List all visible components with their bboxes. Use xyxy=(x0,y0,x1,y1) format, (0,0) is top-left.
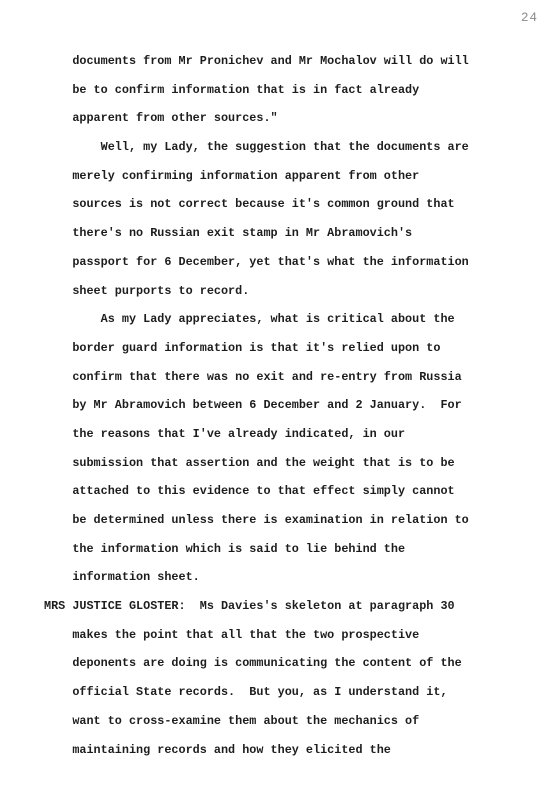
transcript-line: passport for 6 December, yet that's what… xyxy=(44,248,524,277)
transcript-line: documents from Mr Pronichev and Mr Mocha… xyxy=(44,47,524,76)
transcript-line: merely confirming information apparent f… xyxy=(44,162,524,191)
transcript-line: be determined unless there is examinatio… xyxy=(44,506,524,535)
transcript-line: maintaining records and how they elicite… xyxy=(44,736,524,765)
page-number: 24 xyxy=(521,11,538,25)
transcript-line: sheet purports to record. xyxy=(44,277,524,306)
transcript-line: by Mr Abramovich between 6 December and … xyxy=(44,391,524,420)
transcript-line: the reasons that I've already indicated,… xyxy=(44,420,524,449)
transcript-line-speaker: MRS JUSTICE GLOSTER: Ms Davies's skeleto… xyxy=(44,592,524,621)
transcript-line: sources is not correct because it's comm… xyxy=(44,190,524,219)
transcript-line: the information which is said to lie beh… xyxy=(44,535,524,564)
transcript-line: makes the point that all that the two pr… xyxy=(44,621,524,650)
transcript-line: information sheet. xyxy=(44,563,524,592)
transcript-line: official State records. But you, as I un… xyxy=(44,678,524,707)
transcript-line: Well, my Lady, the suggestion that the d… xyxy=(44,133,524,162)
transcript-line: want to cross-examine them about the mec… xyxy=(44,707,524,736)
transcript-line: confirm that there was no exit and re-en… xyxy=(44,363,524,392)
transcript-page: 24 documents from Mr Pronichev and Mr Mo… xyxy=(0,0,558,789)
transcript-line: apparent from other sources." xyxy=(44,104,524,133)
transcript-line: deponents are doing is communicating the… xyxy=(44,649,524,678)
transcript-body: documents from Mr Pronichev and Mr Mocha… xyxy=(44,47,524,764)
transcript-line: attached to this evidence to that effect… xyxy=(44,477,524,506)
transcript-line: As my Lady appreciates, what is critical… xyxy=(44,305,524,334)
transcript-line: border guard information is that it's re… xyxy=(44,334,524,363)
transcript-line: submission that assertion and the weight… xyxy=(44,449,524,478)
transcript-line: there's no Russian exit stamp in Mr Abra… xyxy=(44,219,524,248)
transcript-line: be to confirm information that is in fac… xyxy=(44,76,524,105)
